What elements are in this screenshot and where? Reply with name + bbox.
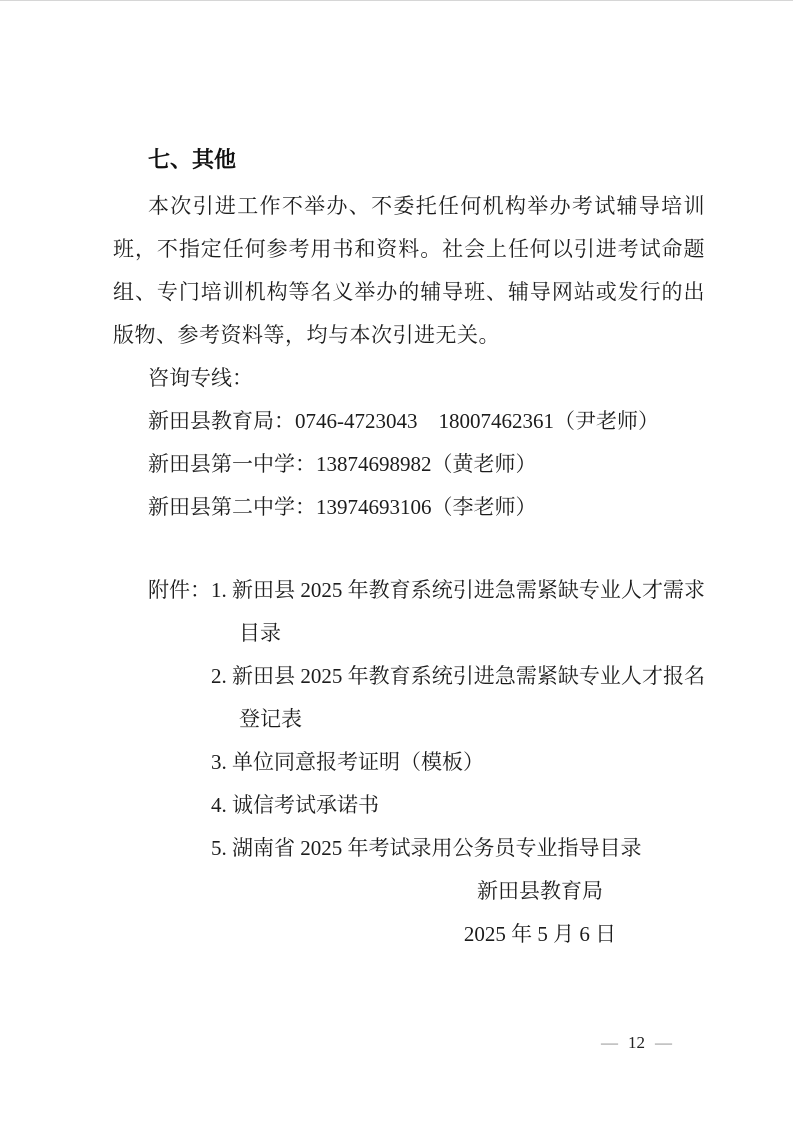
page-number: 12: [628, 1031, 645, 1055]
signature-block: 新田县教育局 2025 年 5 月 6 日: [420, 870, 660, 956]
consult-hotline-title: 咨询专线：: [148, 357, 705, 400]
document-content: 七、其他 本次引进工作不举办、不委托任何机构举办考试辅导培训班，不指定任何参考用…: [113, 138, 705, 956]
page-footer: — 12 —: [601, 1031, 672, 1055]
footer-left-dash: —: [601, 1031, 618, 1055]
attachments-list: 1. 新田县 2025 年教育系统引进急需紧缺专业人才需求目录 2. 新田县 2…: [211, 569, 705, 870]
body-paragraph: 本次引进工作不举办、不委托任何机构举办考试辅导培训班，不指定任何参考用书和资料。…: [113, 185, 705, 357]
contact-line-education-bureau: 新田县教育局：0746-4723043 18007462361（尹老师）: [148, 400, 705, 443]
signature-date: 2025 年 5 月 6 日: [420, 913, 660, 956]
attachments-label: 附件：: [148, 569, 211, 612]
attachment-item-1: 1. 新田县 2025 年教育系统引进急需紧缺专业人才需求目录: [211, 569, 705, 655]
attachment-item-2: 2. 新田县 2025 年教育系统引进急需紧缺专业人才报名登记表: [211, 655, 705, 741]
signature-organization: 新田县教育局: [420, 870, 660, 913]
footer-right-dash: —: [655, 1031, 672, 1055]
attachment-item-5: 5. 湖南省 2025 年考试录用公务员专业指导目录: [211, 827, 705, 870]
contact-line-first-middle-school: 新田县第一中学：13874698982（黄老师）: [148, 443, 705, 486]
document-page: 七、其他 本次引进工作不举办、不委托任何机构举办考试辅导培训班，不指定任何参考用…: [0, 0, 793, 1122]
attachment-item-4: 4. 诚信考试承诺书: [211, 784, 705, 827]
contact-line-second-middle-school: 新田县第二中学：13974693106（李老师）: [148, 486, 705, 529]
attachment-item-3: 3. 单位同意报考证明（模板）: [211, 741, 705, 784]
section-heading: 七、其他: [148, 138, 705, 181]
attachments-section: 附件： 1. 新田县 2025 年教育系统引进急需紧缺专业人才需求目录 2. 新…: [113, 569, 705, 870]
